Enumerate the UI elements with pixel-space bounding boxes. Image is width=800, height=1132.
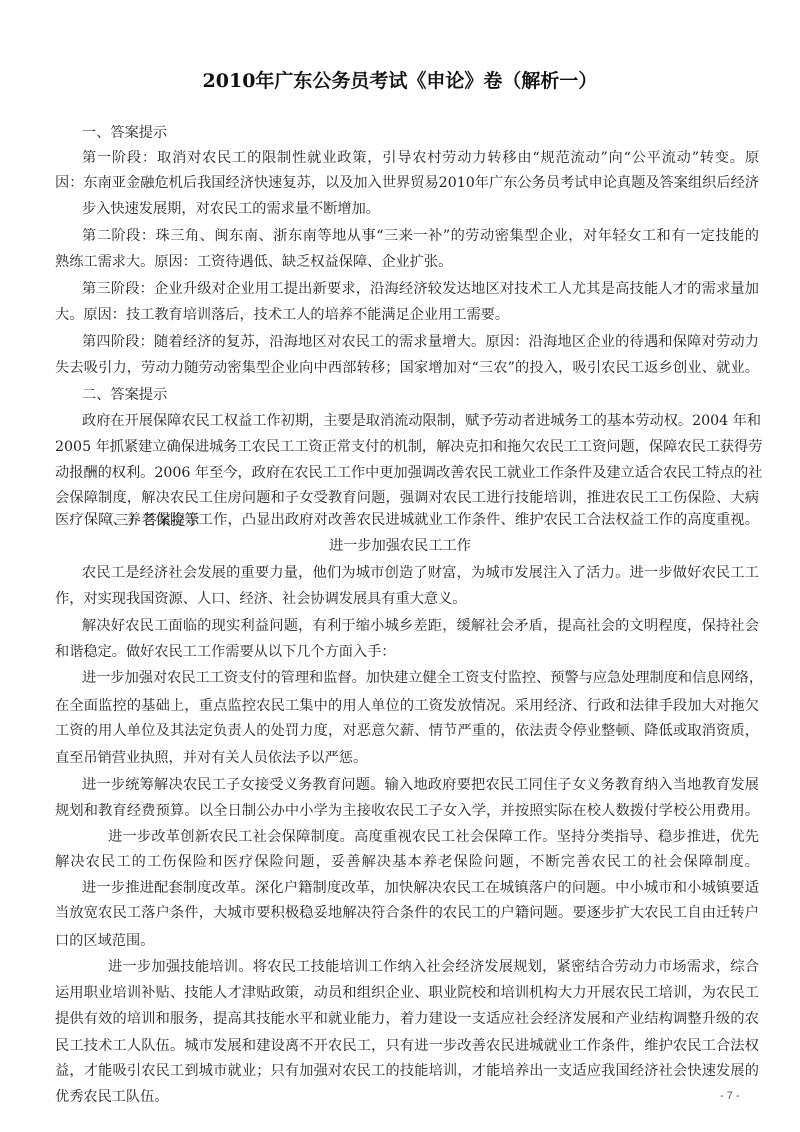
text-line: 大。原因：技工教育培训落后，技术工人的培养不能满足企业用工需要。 bbox=[55, 306, 759, 324]
text-line: 民工技术工人队伍。城市发展和建设离不开农民工，只有进一步改善农民进城就业工作条件… bbox=[55, 1037, 759, 1055]
text-line: 步入快速发展期，对农民工的需求量不断增加。 bbox=[82, 200, 759, 218]
text-line: 作，对实现我国资源、人口、经济、社会协调发展具有重大意义。 bbox=[55, 590, 759, 608]
text-line: 在全面监控的基础上，重点监控农民工集中的用人单位的工资发放情况。采用经济、行政和… bbox=[55, 697, 759, 715]
text-line: 熟练工需求大。原因：工资待遇低、缺乏权益保障、企业扩张。 bbox=[55, 253, 759, 271]
text-line: 动报酬的权利。2006 年至今，政府在农民工工作中更加强调改善农民工就业工作条件… bbox=[55, 464, 759, 482]
essay-title: 进一步加强农民工工作 bbox=[0, 537, 800, 555]
text-line: 进一步推进配套制度改革。深化户籍制度改革，加快解决农民工在城镇落户的问题。中小城… bbox=[82, 879, 759, 897]
text-line: 第一阶段：取消对农民工的限制性就业政策，引导农村劳动力转移由“规范流动”向“公平… bbox=[82, 149, 759, 167]
text-line: 解决农民工的工伤保险和医疗保险问题，妥善解决基本养老保险问题，不断完善农民工的社… bbox=[55, 853, 759, 871]
text-line: 提供有效的培训和服务，提高其技能水平和就业能力，着力建设一支适应社会经济发展和产… bbox=[55, 1010, 759, 1028]
text-line: 口的区域范围。 bbox=[55, 932, 759, 950]
text-line: 当放宽农民工落户条件，大城市要积极稳妥地解决符合条件的农民工的户籍问题。要逐步扩… bbox=[55, 904, 759, 922]
text-line: 第四阶段：随着经济的复苏，沿海地区对农民工的需求量增大。原因：沿海地区企业的待遇… bbox=[82, 333, 759, 351]
text-line: 解决好农民工面临的现实利益问题，有利于缩小城乡差距，缓解社会矛盾，提高社会的文明… bbox=[82, 617, 759, 635]
section-heading-1: 一、答案提示 bbox=[82, 124, 759, 142]
text-line: 进一步统筹解决农民工子女接受义务教育问题。输入地政府要把农民工同住子女义务教育纳… bbox=[82, 776, 759, 794]
text-line: 2005 年抓紧建立确保进城务工农民工工资正常支付的机制，解决克扣和拖欠农民工工… bbox=[55, 438, 759, 456]
text-line: 优秀农民工队伍。 bbox=[55, 1088, 759, 1106]
text-line: 益，才能吸引农民工到城市就业；只有加强对农民工的技能培训，才能培养出一支适应我国… bbox=[55, 1062, 759, 1080]
text-line: 会保障制度，解决农民工住房问题和子女受教育问题，强调对农民工进行技能培训，推进农… bbox=[55, 489, 759, 507]
text-line: 工资的用人单位及其法定负责人的处罚力度，对恶意欠薪、情节严重的，依法责令停业整顿… bbox=[55, 722, 759, 740]
document-page: 2010年广东公务员考试《申论》卷（解析一） 一、答案提示 第一阶段：取消对农民… bbox=[0, 0, 800, 1132]
text-line: 进一步改革创新农民工社会保障制度。高度重视农民工社会保障工作。坚持分类指导、稳步… bbox=[108, 828, 759, 846]
text-line: 和谐稳定。做好农民工工作需要从以下几个方面入手： bbox=[55, 643, 759, 661]
text-line: 第三阶段：企业升级对企业用工提出新要求，沿海经济较发达地区对技术工人尤其是高技能… bbox=[82, 280, 759, 298]
text-line: 政府在开展保障农民工权益工作初期，主要是取消流动限制，赋予劳动者进城务工的基本劳… bbox=[82, 412, 759, 430]
text-line: 第二阶段：珠三角、闽东南、浙东南等地从事“三来一补”的劳动密集型企业，对年轻女工… bbox=[82, 227, 759, 245]
text-line: 失去吸引力，劳动力随劳动密集型企业向中西部转移；国家增加对“三农”的投入，吸引农… bbox=[55, 359, 759, 377]
text-line: 进一步加强对农民工工资支付的管理和监督。加快建立健全工资支付监控、预警与应急处理… bbox=[82, 669, 759, 687]
section-heading-2: 二、答案提示 bbox=[82, 386, 759, 404]
page-number: - 7 - bbox=[720, 1090, 740, 1102]
text-line: 运用职业培训补贴、技能人才津贴政策，动员和组织企业、职业院校和培训机构大力开展农… bbox=[55, 984, 759, 1002]
text-line: 进一步加强技能培训。将农民工技能培训工作纳入社会经济发展规划，紧密结合劳动力市场… bbox=[108, 958, 759, 976]
text-line: 因：东南亚金融危机后我国经济快速复苏，以及加入世界贸易2010年广东公务员考试申… bbox=[55, 174, 759, 192]
section-heading-3: （三）答案提示 bbox=[100, 512, 751, 530]
text-line: 直至吊销营业执照，并对有关人员依法予以严惩。 bbox=[55, 749, 759, 767]
text-line: 规划和教育经费预算。以全日制公办中小学为主接收农民工子女入学，并按照实际在校人数… bbox=[55, 802, 759, 820]
text-line: 农民工是经济社会发展的重要力量，他们为城市创造了财富，为城市发展注入了活力。进一… bbox=[82, 564, 759, 582]
document-title: 2010年广东公务员考试《申论》卷（解析一） bbox=[0, 66, 800, 93]
